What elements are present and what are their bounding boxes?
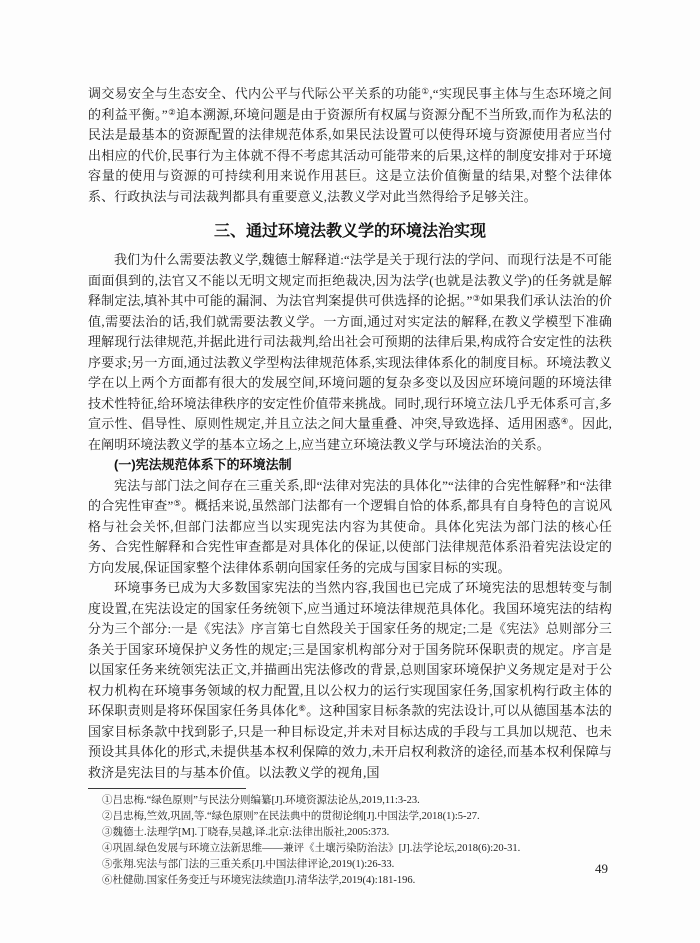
paper-page: 调交易安全与生态安全、代内公平与代际公平关系的功能①,“实现民事主体与生态环境之…	[0, 0, 700, 943]
footnote-ref-4: ④	[561, 416, 569, 426]
footnote-item: ⑤张翔.宪法与部门法的三重关系[J].中国法律评论,2019(1):26-33.	[88, 857, 612, 873]
footnote-item: ②吕忠梅,竺效,巩固,等.“绿色原则”在民法典中的贯彻论纲[J].中国法学,20…	[88, 809, 612, 825]
subsection-heading: (一)宪法规范体系下的环境法制	[88, 455, 612, 476]
footnote-item: ⑥杜健勋.国家任务变迁与环境宪法续造[J].清华法学,2019(4):181-1…	[88, 873, 612, 889]
footnote-ref-2: ②	[168, 107, 176, 117]
footnote-item: ④巩固.绿色发展与环境立法新思维——兼评《土壤污染防治法》[J].法学论坛,20…	[88, 841, 612, 857]
footnote-divider	[88, 788, 246, 789]
section-heading: 三、通过环境法教义学的环境法治实现	[88, 219, 612, 244]
footnote-item: ③魏德士.法理学[M].丁晓春,吴越,译.北京:法律出版社,2005:373.	[88, 825, 612, 841]
footnote-item: ①吕忠梅.“绿色原则”与民法分则编纂[J].环境资源法论丛,2019,11:3-…	[88, 793, 612, 809]
paragraph: 宪法与部门法之间存在三重关系,即“法律对宪法的具体化”“法律的合宪性解释”和“法…	[88, 476, 612, 579]
paragraph-text: 如果我们承认法治的价值,需要法治的话,我们就需要法教义学。一方面,通过对实定法的…	[88, 293, 612, 431]
paragraph-continuation: 调交易安全与生态安全、代内公平与代际公平关系的功能①,“实现民事主体与生态环境之…	[88, 84, 612, 207]
page-number: 49	[595, 861, 608, 877]
paragraph: 我们为什么需要法教义学,魏德士解释道:“法学是关于现行法的学问、而现行法是不可能…	[88, 250, 612, 455]
footnotes: ①吕忠梅.“绿色原则”与民法分则编纂[J].环境资源法论丛,2019,11:3-…	[88, 793, 612, 889]
paragraph-text: 调交易安全与生态安全、代内公平与代际公平关系的功能	[88, 86, 421, 101]
paragraph-text: 环境事务已成为大多数国家宪法的当然内容,我国也已完成了环境宪法的思想转变与制度设…	[88, 580, 612, 718]
page-content: 调交易安全与生态安全、代内公平与代际公平关系的功能①,“实现民事主体与生态环境之…	[88, 84, 612, 889]
paragraph: 环境事务已成为大多数国家宪法的当然内容,我国也已完成了环境宪法的思想转变与制度设…	[88, 578, 612, 783]
